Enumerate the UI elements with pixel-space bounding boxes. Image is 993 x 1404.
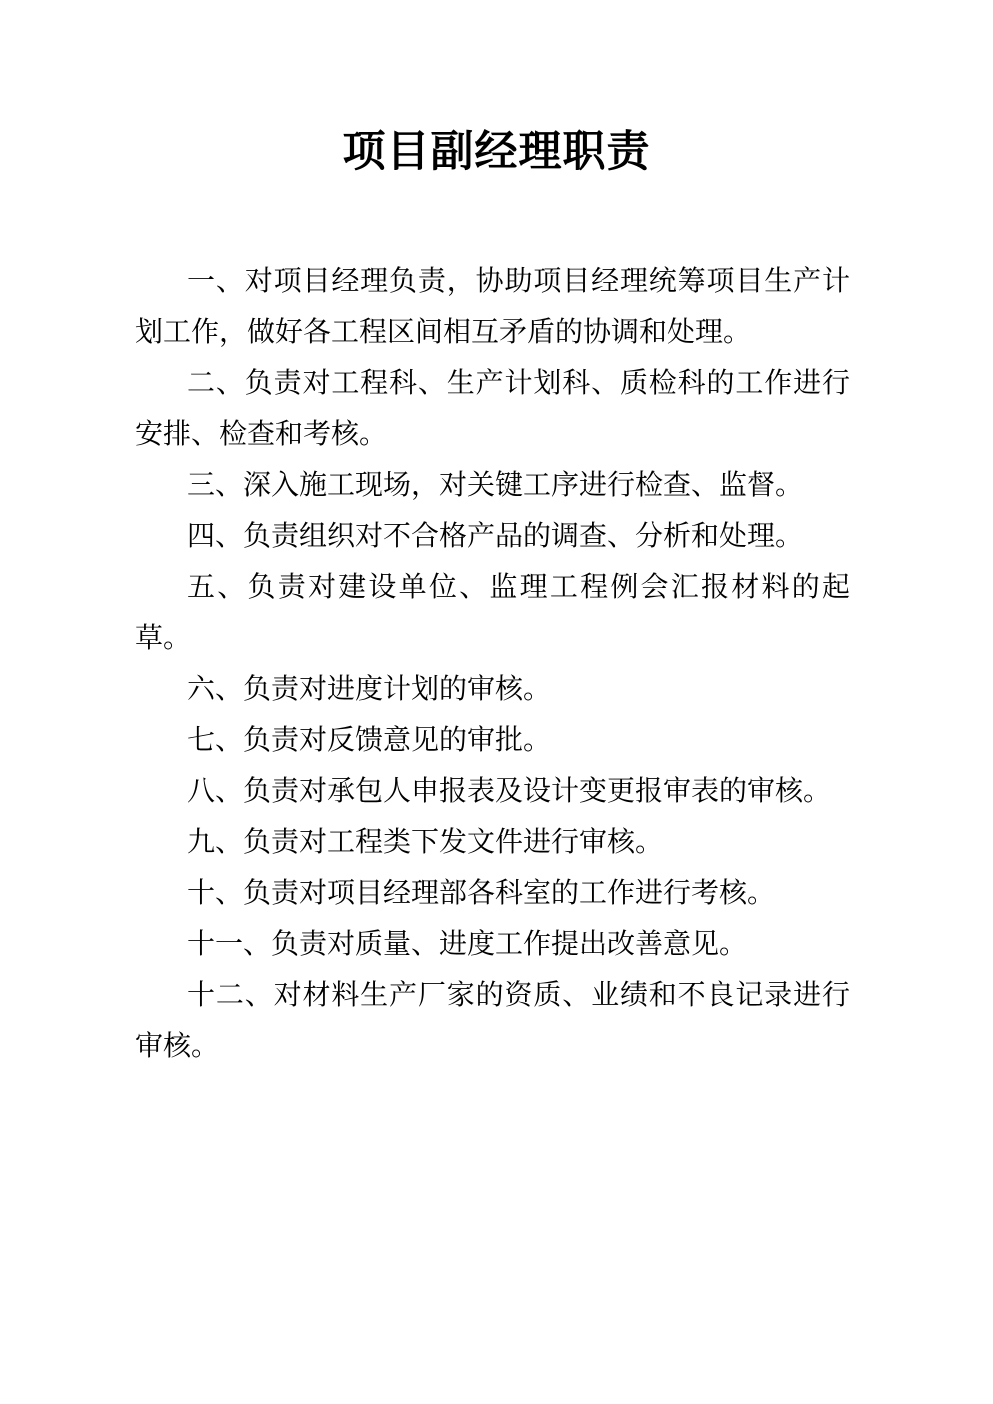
paragraph-6: 六、负责对进度计划的审核。: [135, 664, 850, 715]
paragraph-8: 八、负责对承包人申报表及设计变更报审表的审核。: [135, 766, 850, 817]
paragraph-12: 十二、对材料生产厂家的资质、业绩和不良记录进行审核。: [135, 970, 850, 1072]
paragraph-3: 三、深入施工现场，对关键工序进行检查、监督。: [135, 460, 850, 511]
page-title: 项目副经理职责: [0, 0, 993, 182]
paragraph-9: 九、负责对工程类下发文件进行审核。: [135, 817, 850, 868]
paragraph-4: 四、负责组织对不合格产品的调查、分析和处理。: [135, 511, 850, 562]
document-page: 项目副经理职责 一、对项目经理负责，协助项目经理统筹项目生产计划工作，做好各工程…: [0, 0, 993, 1404]
paragraph-5: 五、负责对建设单位、监理工程例会汇报材料的起草。: [135, 562, 850, 664]
paragraph-2: 二、负责对工程科、生产计划科、质检科的工作进行安排、检查和考核。: [135, 358, 850, 460]
document-body: 一、对项目经理负责，协助项目经理统筹项目生产计划工作，做好各工程区间相互矛盾的协…: [135, 256, 850, 1072]
paragraph-7: 七、负责对反馈意见的审批。: [135, 715, 850, 766]
paragraph-11: 十一、负责对质量、进度工作提出改善意见。: [135, 919, 850, 970]
paragraph-10: 十、负责对项目经理部各科室的工作进行考核。: [135, 868, 850, 919]
paragraph-1: 一、对项目经理负责，协助项目经理统筹项目生产计划工作，做好各工程区间相互矛盾的协…: [135, 256, 850, 358]
